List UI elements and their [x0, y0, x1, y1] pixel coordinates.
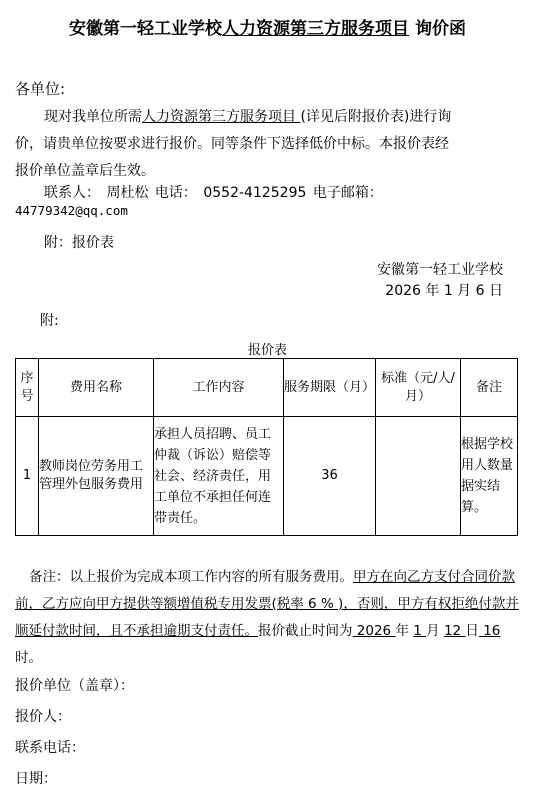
header-period: 服务期限（月） [284, 359, 376, 417]
attachment-note: 附：报价表 [44, 232, 114, 252]
header-standard: 标准（元/人/月） [376, 359, 461, 417]
title-prefix: 安徽第一轻工业学校 [69, 19, 222, 39]
title-project: 人力资源第三方服务项目 [222, 19, 409, 39]
month-unit: 月 [426, 623, 440, 639]
paragraph-line-1: 现对我单位所需人力资源第三方服务项目 (详见后附报价表)进行询 [44, 106, 451, 126]
quote-table: 序号 费用名称 工作内容 服务期限（月） 标准（元/人/月） 备注 1 教师岗位… [15, 358, 518, 536]
paragraph-line-2: 价，请贵单位按要求进行报价。同等条件下选择低价中标。本报价表经 [15, 133, 449, 153]
table-row: 1 教师岗位劳务用工管理外包服务费用 承担人员招聘、员工仲裁（诉讼）赔偿等社会、… [16, 417, 518, 536]
day-unit: 日 [465, 623, 479, 639]
header-name: 费用名称 [39, 359, 154, 417]
para-text: 现对我单位所需 [44, 109, 142, 125]
email[interactable]: 44779342@qq.com [15, 203, 128, 218]
footer-phone: 联系电话： [15, 737, 85, 757]
salutation: 各单位: [15, 78, 65, 99]
deadline-hour: 16 [479, 623, 500, 639]
deadline-year: 2026 [353, 623, 396, 639]
cell-name: 教师岗位劳务用工管理外包服务费用 [39, 417, 154, 536]
contact-line: 联系人： 周杜松 电话： 0552-4125295 电子邮箱： [44, 182, 383, 202]
cell-content: 承担人员招聘、员工仲裁（诉讼）赔偿等社会、经济责任，用工单位不承担任何连带责任。 [154, 417, 284, 536]
cell-standard[interactable] [376, 417, 461, 536]
cell-period: 36 [284, 417, 376, 536]
year-unit: 年 [395, 623, 409, 639]
title-suffix: 询价函 [415, 19, 466, 39]
footer-date: 日期： [15, 768, 57, 788]
remarks-paragraph: 备注：以上报价为完成本项工作内容的所有服务费用。甲方在向乙方支付合同价款前，乙方… [15, 564, 520, 672]
footer-quoter: 报价人： [15, 706, 71, 726]
remarks-deadline-label: 报价截止时间为 [258, 623, 353, 639]
attach-label: 附: [40, 310, 59, 330]
signer-org: 安徽第一轻工业学校 [377, 259, 503, 279]
cell-remark: 根据学校用人数量据实结算。 [461, 417, 518, 536]
footer-quoting-unit: 报价单位（盖章）： [15, 675, 134, 695]
table-caption: 报价表 [0, 339, 535, 358]
deadline-day: 12 [444, 623, 465, 639]
table-header-row: 序号 费用名称 工作内容 服务期限（月） 标准（元/人/月） 备注 [16, 359, 518, 417]
hour-unit: 时。 [15, 650, 42, 666]
signer-date: 2026 年 1 月 6 日 [385, 280, 503, 300]
remarks-a: 备注：以上报价为完成本项工作内容的所有服务费用。 [29, 569, 353, 585]
cell-index: 1 [16, 417, 39, 536]
document-title: 安徽第一轻工业学校人力资源第三方服务项目 询价函 [0, 14, 535, 39]
para-text-b: (详见后附报价表)进行询 [300, 109, 451, 125]
header-index: 序号 [16, 359, 39, 417]
paragraph-line-3: 报价单位盖章后生效。 [15, 160, 155, 180]
header-remark: 备注 [461, 359, 518, 417]
para-project: 人力资源第三方服务项目 [142, 109, 300, 125]
deadline-month: 1 [413, 623, 426, 639]
header-content: 工作内容 [154, 359, 284, 417]
